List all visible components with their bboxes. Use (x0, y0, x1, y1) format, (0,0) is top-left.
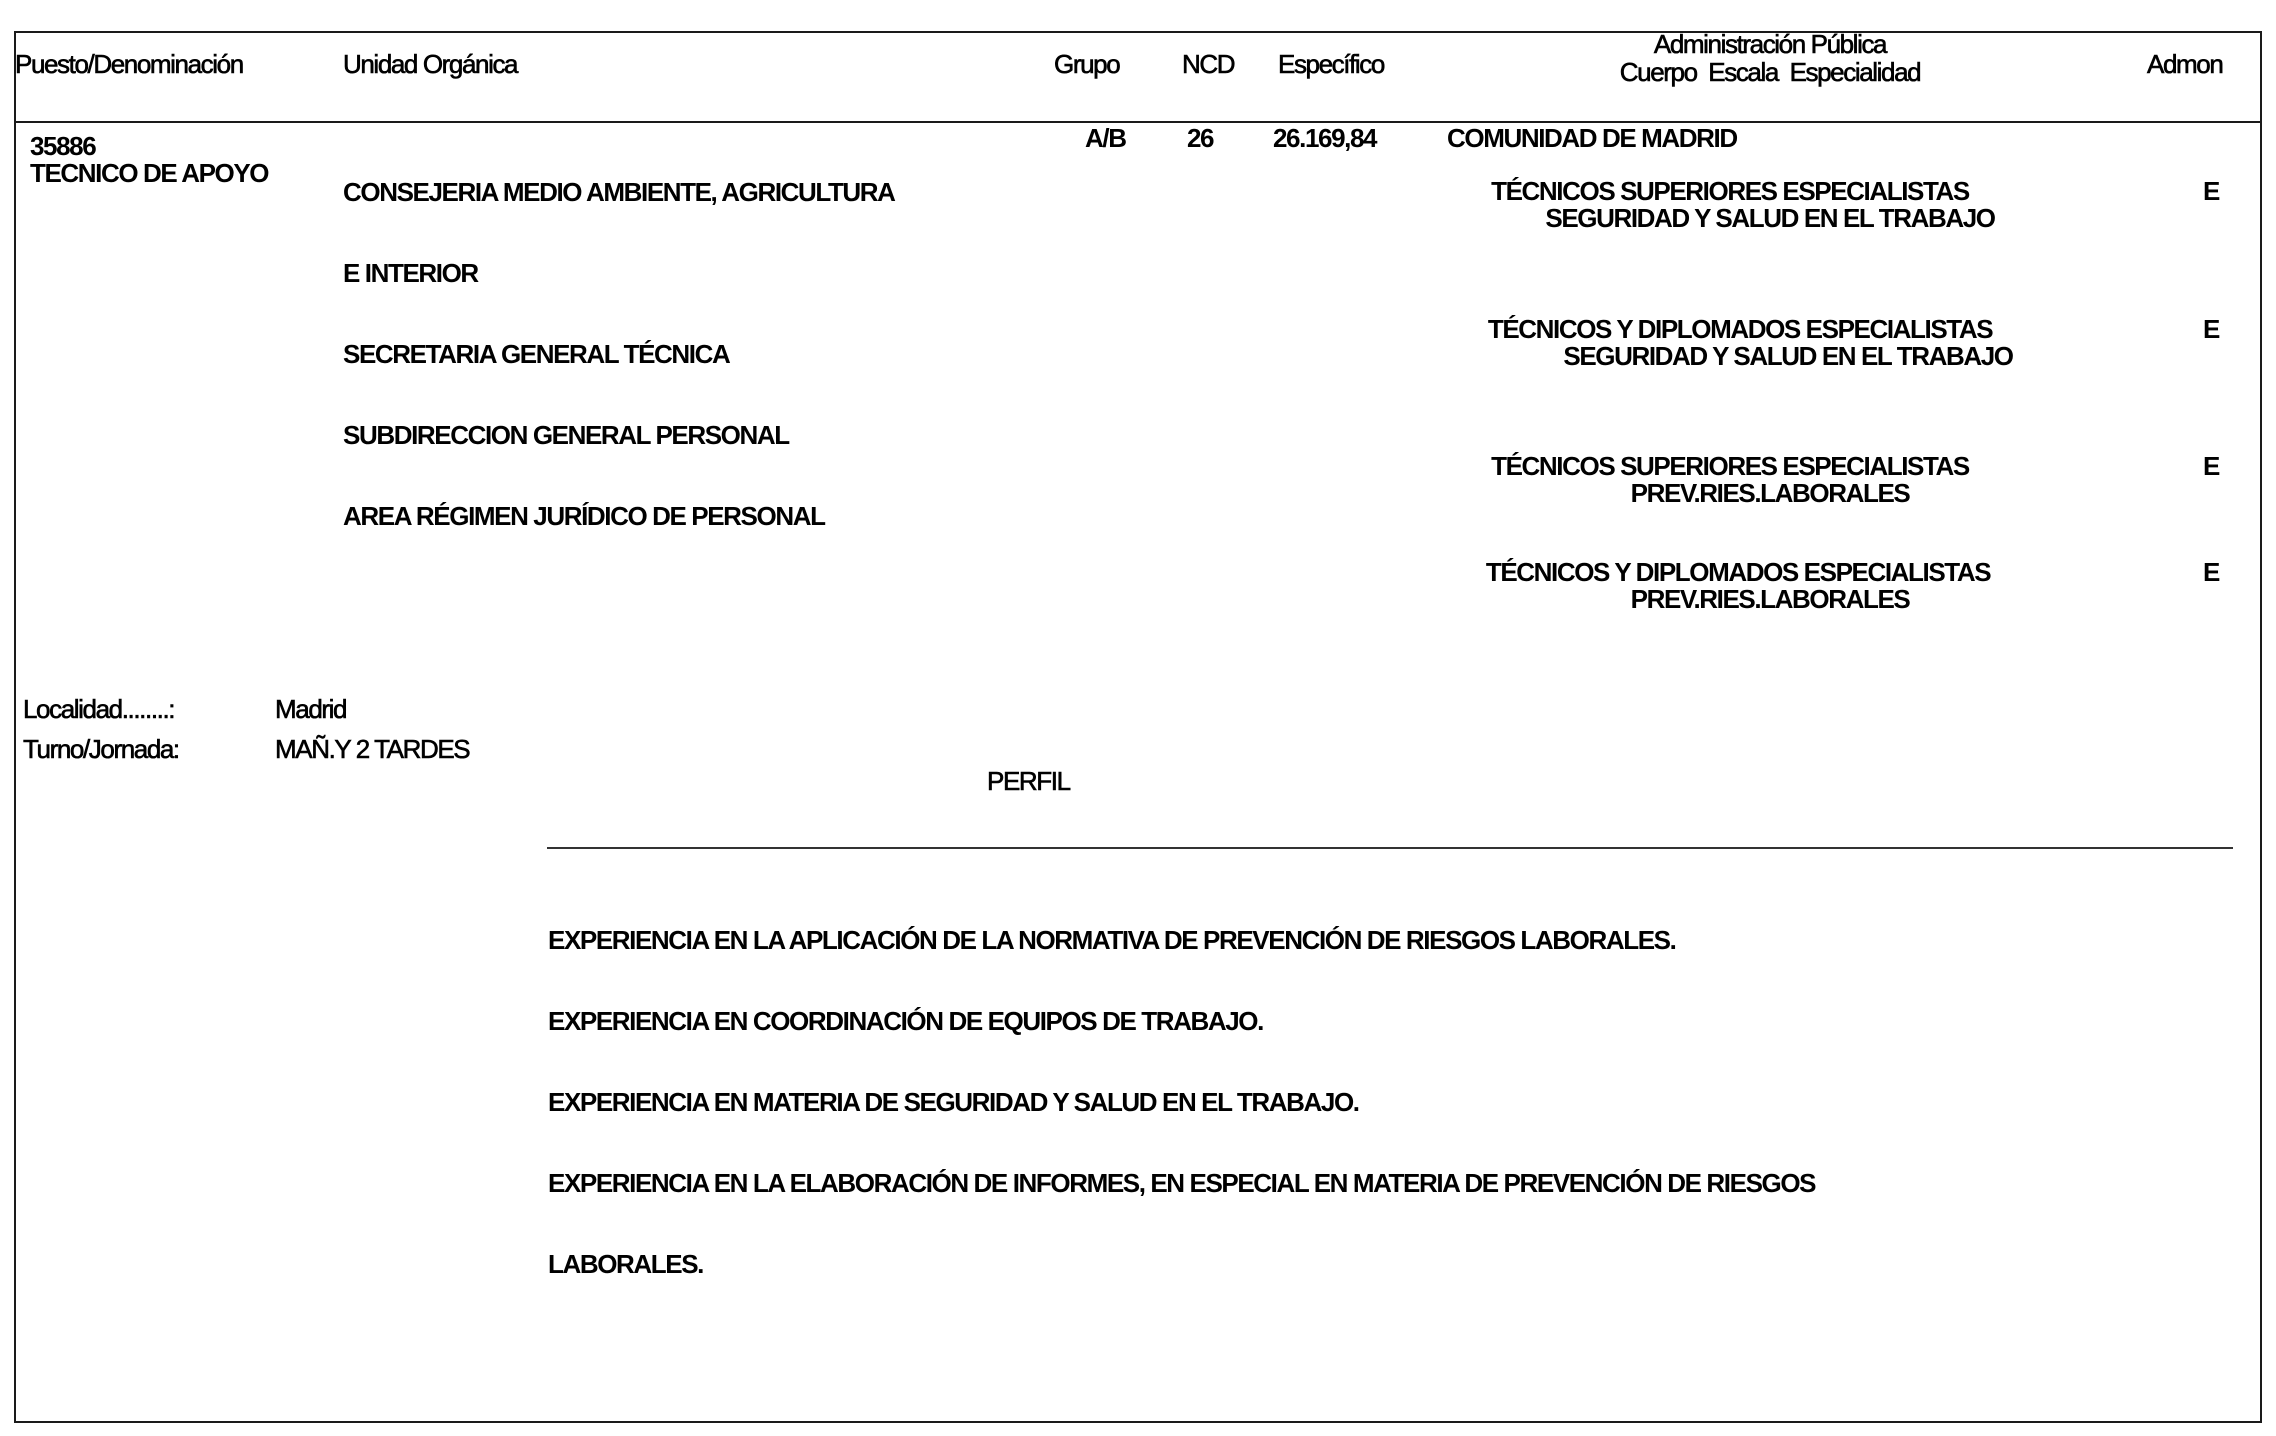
header-especifico: Específico (1278, 51, 1384, 78)
cuerpo-admon: E (2203, 453, 2219, 480)
especifico-value: 26.169,84 (1273, 125, 1376, 152)
header-admon: Admon (2147, 51, 2222, 78)
ncd-value: 26 (1187, 125, 1213, 152)
perfil-line: LABORALES. (548, 1251, 1815, 1278)
header-ncd: NCD (1182, 51, 1234, 78)
header-unidad-organica: Unidad Orgánica (343, 51, 517, 78)
puesto-denominacion: TECNICO DE APOYO (30, 160, 268, 187)
header-divider (14, 121, 2262, 123)
grupo-value: A/B (1085, 125, 1126, 152)
cuerpo-especialidad: PREV.RIES.LABORALES (1440, 480, 2100, 507)
localidad-label: Localidad........: (23, 696, 174, 723)
cuerpo-name: TÉCNICOS Y DIPLOMADOS ESPECIALISTAS (1408, 559, 2068, 586)
header-cuerpo-escala-especialidad: Cuerpo Escala Especialidad (1540, 59, 2000, 86)
unidad-organica-list: CONSEJERIA MEDIO AMBIENTE, AGRICULTURA E… (343, 125, 895, 557)
cuerpo-name: TÉCNICOS SUPERIORES ESPECIALISTAS (1400, 178, 2060, 205)
unidad-organica-line: SECRETARIA GENERAL TÉCNICA (343, 341, 895, 368)
cuerpo-especialidad: SEGURIDAD Y SALUD EN EL TRABAJO (1440, 205, 2100, 232)
cuerpo-name: TÉCNICOS Y DIPLOMADOS ESPECIALISTAS (1410, 316, 2070, 343)
perfil-line: EXPERIENCIA EN LA APLICACIÓN DE LA NORMA… (548, 927, 1815, 954)
unidad-organica-line: CONSEJERIA MEDIO AMBIENTE, AGRICULTURA (343, 179, 895, 206)
unidad-organica-line: E INTERIOR (343, 260, 895, 287)
unidad-organica-line: SUBDIRECCION GENERAL PERSONAL (343, 422, 895, 449)
perfil-line: EXPERIENCIA EN LA ELABORACIÓN DE INFORME… (548, 1170, 1815, 1197)
cuerpo-admon: E (2203, 316, 2219, 343)
puesto-codigo: 35886 (30, 133, 95, 160)
cuerpo-name: TÉCNICOS SUPERIORES ESPECIALISTAS (1400, 453, 2060, 480)
cuerpo-especialidad: PREV.RIES.LABORALES (1440, 586, 2100, 613)
turno-label: Turno/Jornada: (23, 736, 179, 763)
localidad-value: Madrid (275, 696, 346, 723)
administracion-value: COMUNIDAD DE MADRID (1447, 125, 1737, 152)
perfil-lines: EXPERIENCIA EN LA APLICACIÓN DE LA NORMA… (548, 873, 1815, 1305)
turno-value: MAÑ.Y 2 TARDES (275, 736, 469, 763)
header-grupo: Grupo (1054, 51, 1119, 78)
unidad-organica-line: AREA RÉGIMEN JURÍDICO DE PERSONAL (343, 503, 895, 530)
cuerpo-admon: E (2203, 178, 2219, 205)
perfil-title: PERFIL (987, 768, 1070, 795)
perfil-line: EXPERIENCIA EN MATERIA DE SEGURIDAD Y SA… (548, 1089, 1815, 1116)
perfil-line: EXPERIENCIA EN COORDINACIÓN DE EQUIPOS D… (548, 1008, 1815, 1035)
header-puesto: Puesto/Denominación (15, 51, 243, 78)
perfil-separator (547, 847, 2233, 849)
cuerpo-especialidad: SEGURIDAD Y SALUD EN EL TRABAJO (1458, 343, 2118, 370)
header-administracion-publica: Administración Pública (1540, 31, 2000, 58)
cuerpo-admon: E (2203, 559, 2219, 586)
